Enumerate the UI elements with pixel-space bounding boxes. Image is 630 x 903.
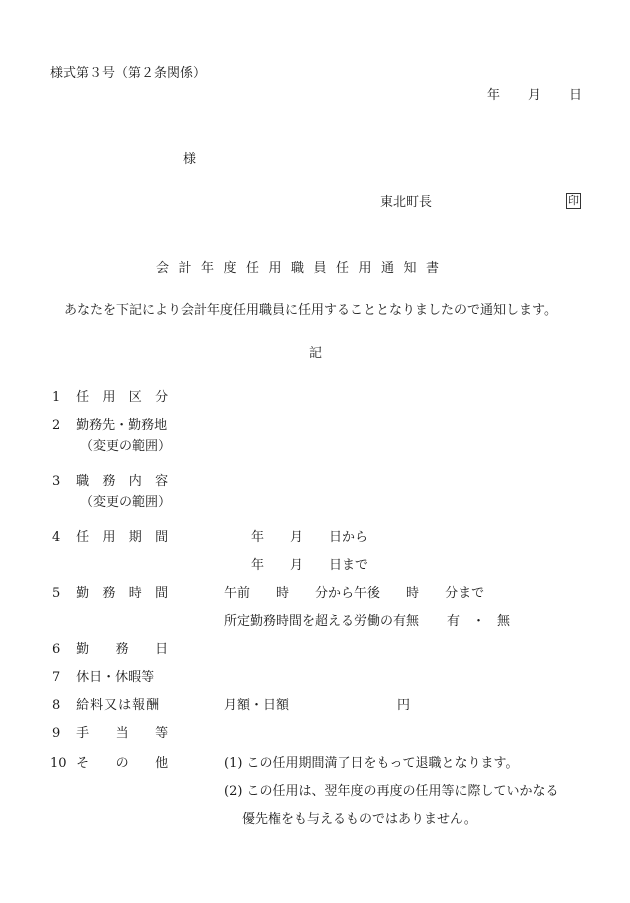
item-9-label: 手当等 [76, 726, 168, 742]
item-4-end-date: 年月日まで [251, 558, 368, 574]
item-7: 7 休日・休暇等 [52, 670, 154, 686]
item-6: 6 勤務日 [52, 642, 168, 658]
item-5-label: 勤務時間 [76, 586, 168, 602]
item-9: 9 手当等 [52, 726, 168, 742]
item-8-pay-type: 月額・日額 [224, 698, 289, 714]
date-month: 月 [528, 88, 541, 104]
item-10-note-3: 優先権をも与えるものではありません。 [242, 812, 477, 828]
item-6-label: 勤務日 [76, 642, 168, 658]
form-number: 様式第３号（第２条関係） [50, 66, 206, 82]
item-3: 3 職務内容 [52, 474, 168, 490]
item-10-label: その他 [76, 756, 168, 772]
issue-date: 年月日 [487, 88, 582, 104]
item-10: 10 その他 [50, 756, 168, 772]
item-1: 1 任用区分 [52, 390, 168, 406]
ki-heading: 記 [309, 346, 322, 362]
item-3-label: 職務内容 [76, 474, 168, 490]
item-5: 5 勤務時間 [52, 586, 168, 602]
date-day: 日 [569, 88, 582, 104]
item-5-overtime: 所定勤務時間を超える労働の有無有・無 [224, 614, 510, 630]
item-2-note: （変更の範囲） [80, 439, 171, 455]
item-2: 2 勤務先・勤務地 [52, 418, 167, 434]
item-8: 8 給料又は報酬 [52, 698, 160, 714]
item-2-label: 勤務先・勤務地 [76, 418, 167, 433]
item-7-label: 休日・休暇等 [76, 670, 154, 685]
item-10-note-1: (1) この任用期間満了日をもって退職となります。 [224, 756, 519, 772]
item-4-label: 任用期間 [76, 530, 168, 546]
item-10-note-2: (2) この任用は、翌年度の再度の任用等に際していかなる [224, 784, 559, 800]
recipient-suffix: 様 [183, 152, 196, 168]
notice-body: あなたを下記により会計年度任用職員に任用することとなりましたので通知します。 [64, 303, 557, 319]
item-4-start-date: 年月日から [251, 530, 368, 546]
item-3-note: （変更の範囲） [80, 495, 171, 511]
item-1-label: 任用区分 [76, 390, 168, 406]
seal-mark: 印 [566, 193, 581, 209]
item-8-yen-unit: 円 [397, 698, 410, 714]
item-5-working-hours: 午前時分から午後時分まで [224, 586, 484, 602]
item-8-label: 給料又は報酬 [76, 698, 160, 713]
issuer-name: 東北町長 [380, 195, 432, 211]
item-4: 4 任用期間 [52, 530, 168, 546]
document-title: 会計年度任用職員任用通知書 [156, 261, 449, 277]
date-year: 年 [487, 88, 500, 104]
